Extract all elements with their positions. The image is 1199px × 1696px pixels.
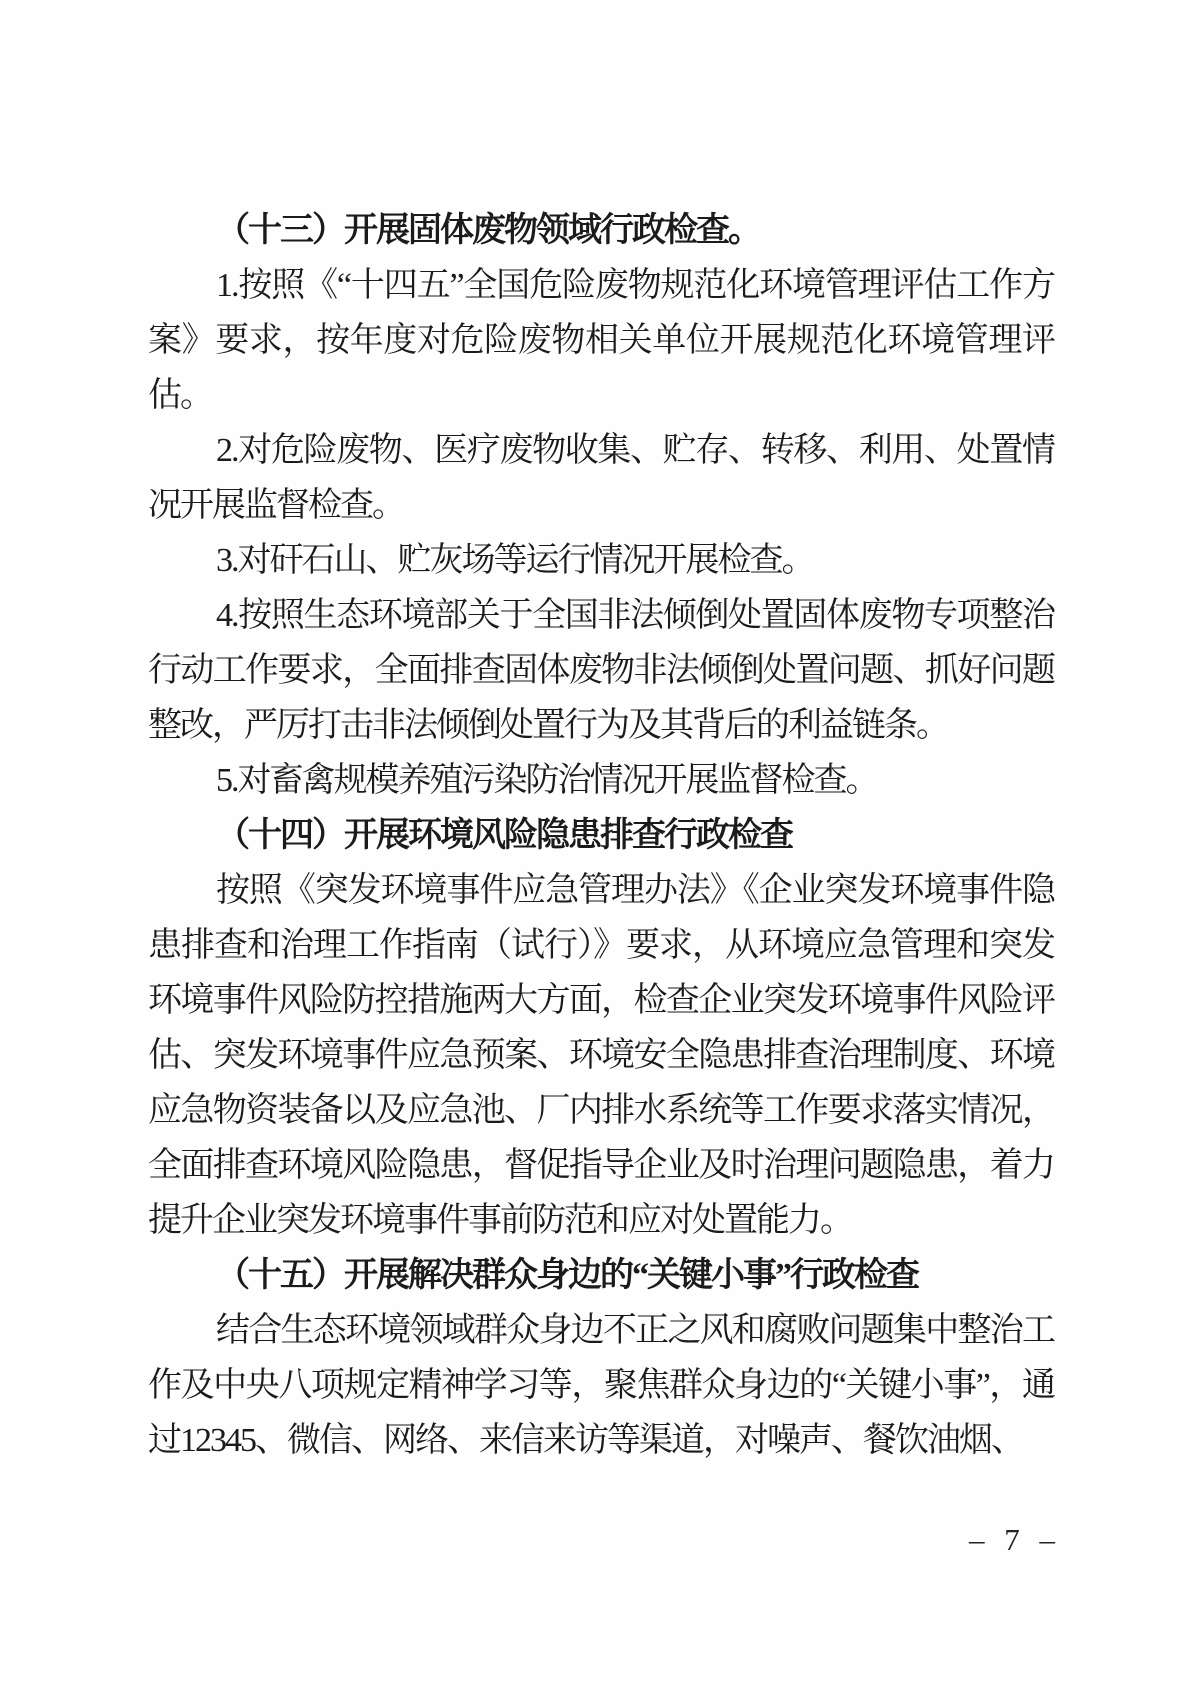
section-13-item-4: 4.按照生态环境部关于全国非法倾倒处置固体废物专项整治行动工作要求，全面排查固体… — [148, 588, 1054, 753]
section-14-heading: （十四）开展环境风险隐患排查行政检查 — [148, 808, 1054, 863]
section-14-paragraph: 按照《突发环境事件应急管理办法》《企业突发环境事件隐患排查和治理工作指南（试行）… — [148, 863, 1054, 1248]
section-13-heading: （十三）开展固体废物领域行政检查。 — [148, 203, 1054, 258]
section-13-item-2: 2.对危险废物、医疗废物收集、贮存、转移、利用、处置情况开展监督检查。 — [148, 423, 1054, 533]
section-15-heading: （十五）开展解决群众身边的“关键小事”行政检查 — [148, 1248, 1054, 1303]
section-13-item-5: 5.对畜禽规模养殖污染防治情况开展监督检查。 — [148, 753, 1054, 808]
page-number: – 7 – — [900, 1522, 1130, 1558]
section-13-item-1: 1.按照《“十四五”全国危险废物规范化环境管理评估工作方案》要求，按年度对危险废… — [148, 258, 1054, 423]
document-body: （十三）开展固体废物领域行政检查。 1.按照《“十四五”全国危险废物规范化环境管… — [148, 203, 1054, 1468]
section-13-item-3: 3.对矸石山、贮灰场等运行情况开展检查。 — [148, 533, 1054, 588]
document-page: （十三）开展固体废物领域行政检查。 1.按照《“十四五”全国危险废物规范化环境管… — [0, 0, 1199, 1696]
section-15-paragraph: 结合生态环境领域群众身边不正之风和腐败问题集中整治工作及中央八项规定精神学习等，… — [148, 1303, 1054, 1468]
